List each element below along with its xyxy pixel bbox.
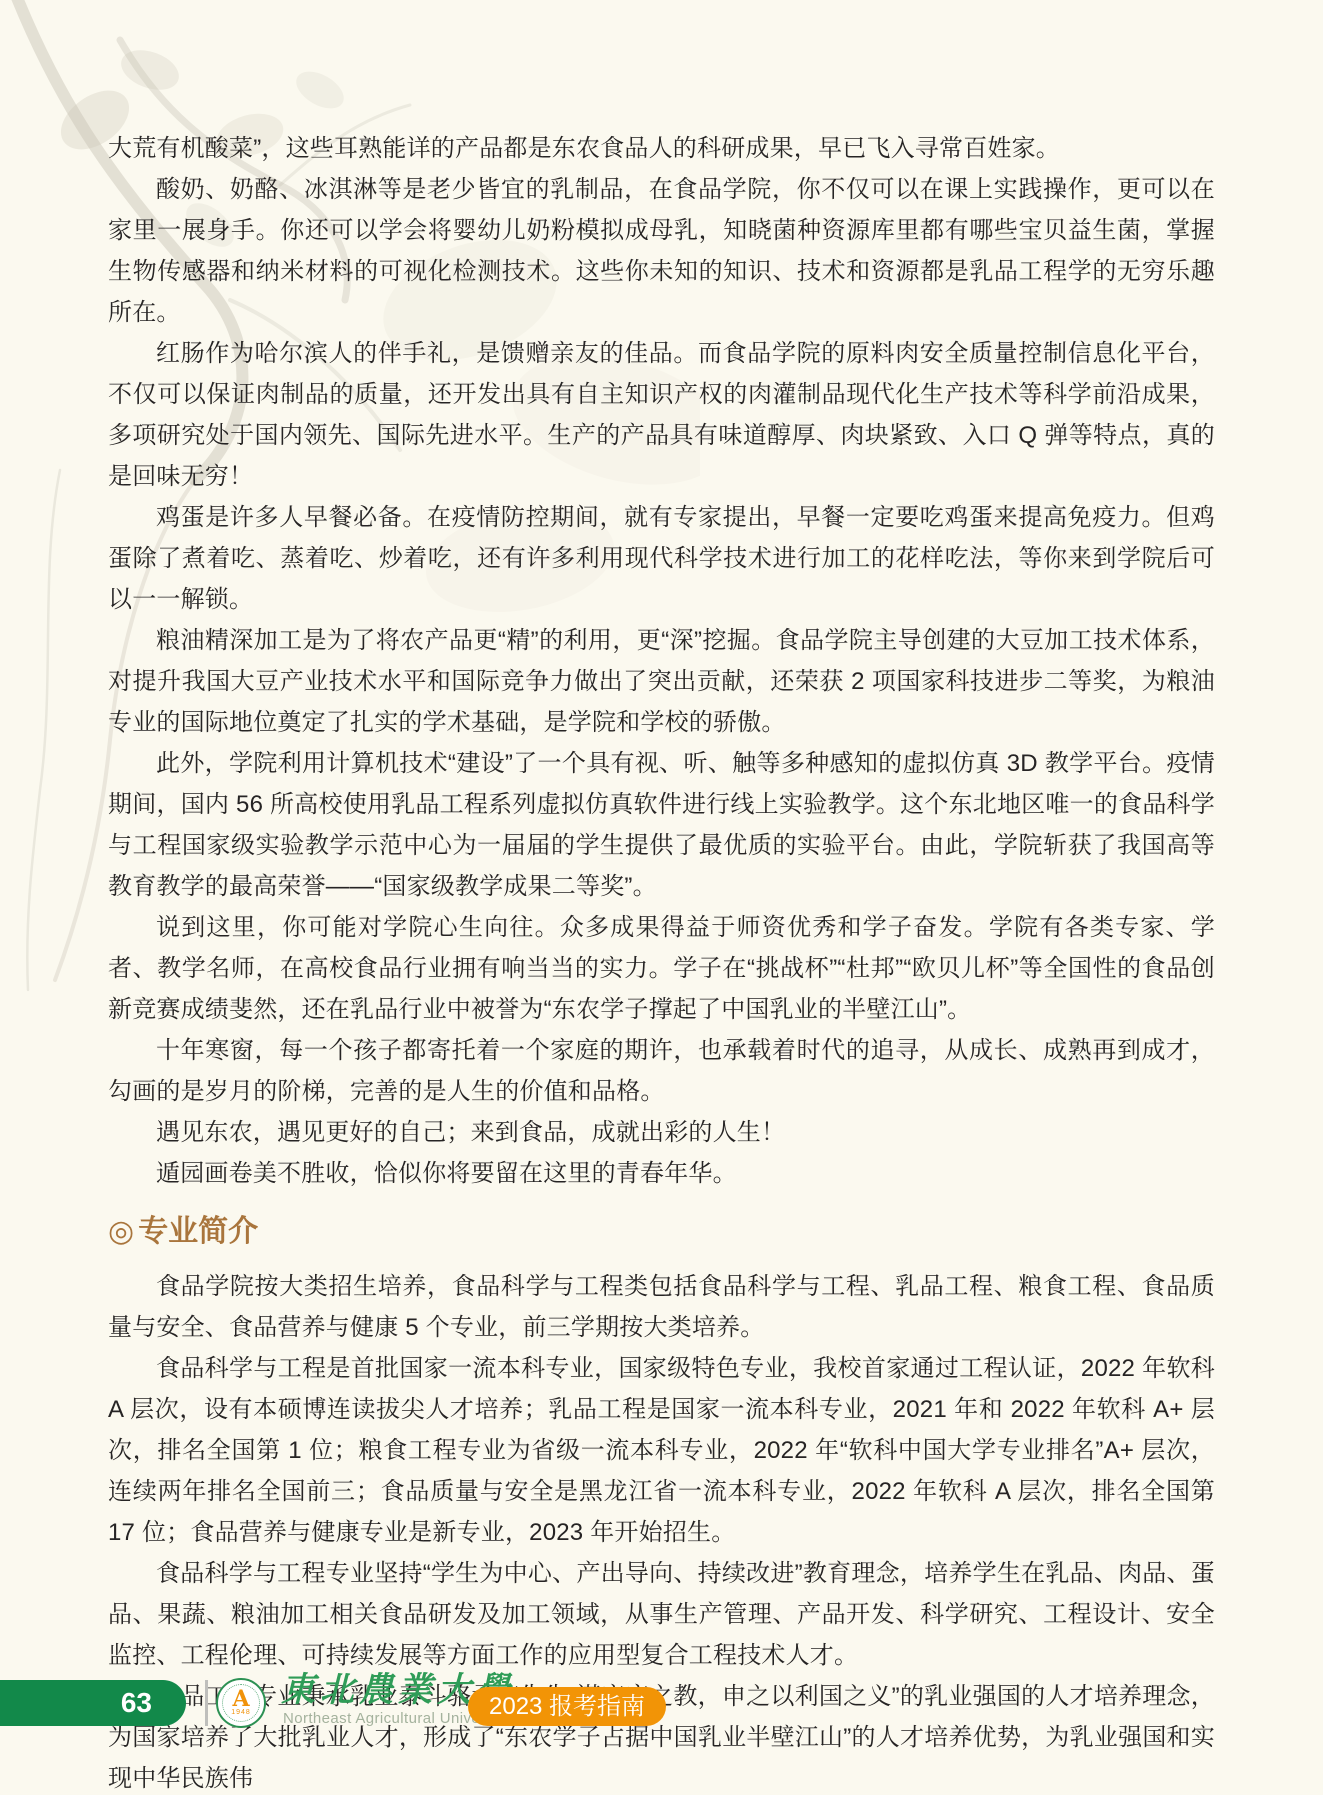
body-paragraph: 大荒有机酸菜”，这些耳熟能详的产品都是东农食品人的科研成果，早已飞入寻常百姓家。 (108, 128, 1215, 169)
body-paragraph: 遇见东农，遇见更好的自己；来到食品，成就出彩的人生！ (108, 1112, 1215, 1153)
body-paragraph: 遁园画卷美不胜收，恰似你将要留在这里的青春年华。 (108, 1153, 1215, 1194)
section-paragraph: 食品科学与工程是首批国家一流本科专业，国家级特色专业，我校首家通过工程认证，20… (108, 1348, 1215, 1553)
body-paragraph: 粮油精深加工是为了将农产品更“精”的利用，更“深”挖掘。食品学院主导创建的大豆加… (108, 620, 1215, 743)
guide-badge: 2023 报考指南 (468, 1687, 666, 1726)
section-paragraph: 食品学院按大类招生培养，食品科学与工程类包括食品科学与工程、乳品工程、粮食工程、… (108, 1266, 1215, 1348)
section-heading: ◎专业简介 (108, 1212, 1215, 1252)
body-paragraph: 说到这里，你可能对学院心生向往。众多成果得益于师资优秀和学子奋发。学院有各类专家… (108, 907, 1215, 1030)
body-paragraph: 十年寒窗，每一个孩子都寄托着一个家庭的期许，也承载着时代的追寻，从成长、成熟再到… (108, 1030, 1215, 1112)
page-number-badge: 63 (0, 1680, 186, 1726)
page-number: 63 (121, 1687, 152, 1719)
emblem-inner-ring (222, 1684, 260, 1722)
section-paragraph: 食品科学与工程专业坚持“学生为中心、产出导向、持续改进”教育理念，培养学生在乳品… (108, 1553, 1215, 1676)
body-paragraph: 酸奶、奶酪、冰淇淋等是老少皆宜的乳制品，在食品学院，你不仅可以在课上实践操作，更… (108, 169, 1215, 333)
document-page: 大荒有机酸菜”，这些耳熟能详的产品都是东农食品人的科研成果，早已飞入寻常百姓家。… (0, 0, 1323, 1795)
university-emblem-icon: A 1948 (216, 1678, 266, 1728)
body-paragraph: 鸡蛋是许多人早餐必备。在疫情防控期间，就有专家提出，早餐一定要吃鸡蛋来提高免疫力… (108, 497, 1215, 620)
footer-divider (205, 1680, 208, 1726)
body-paragraph: 此外，学院利用计算机技术“建设”了一个具有视、听、触等多种感知的虚拟仿真 3D … (108, 743, 1215, 907)
article-body: 大荒有机酸菜”，这些耳熟能详的产品都是东农食品人的科研成果，早已飞入寻常百姓家。… (108, 128, 1215, 1795)
body-paragraph: 红肠作为哈尔滨人的伴手礼，是馈赠亲友的佳品。而食品学院的原料肉安全质量控制信息化… (108, 333, 1215, 497)
section-heading-title: 专业简介 (138, 1215, 258, 1248)
section-heading-marker-icon: ◎ (108, 1215, 134, 1248)
